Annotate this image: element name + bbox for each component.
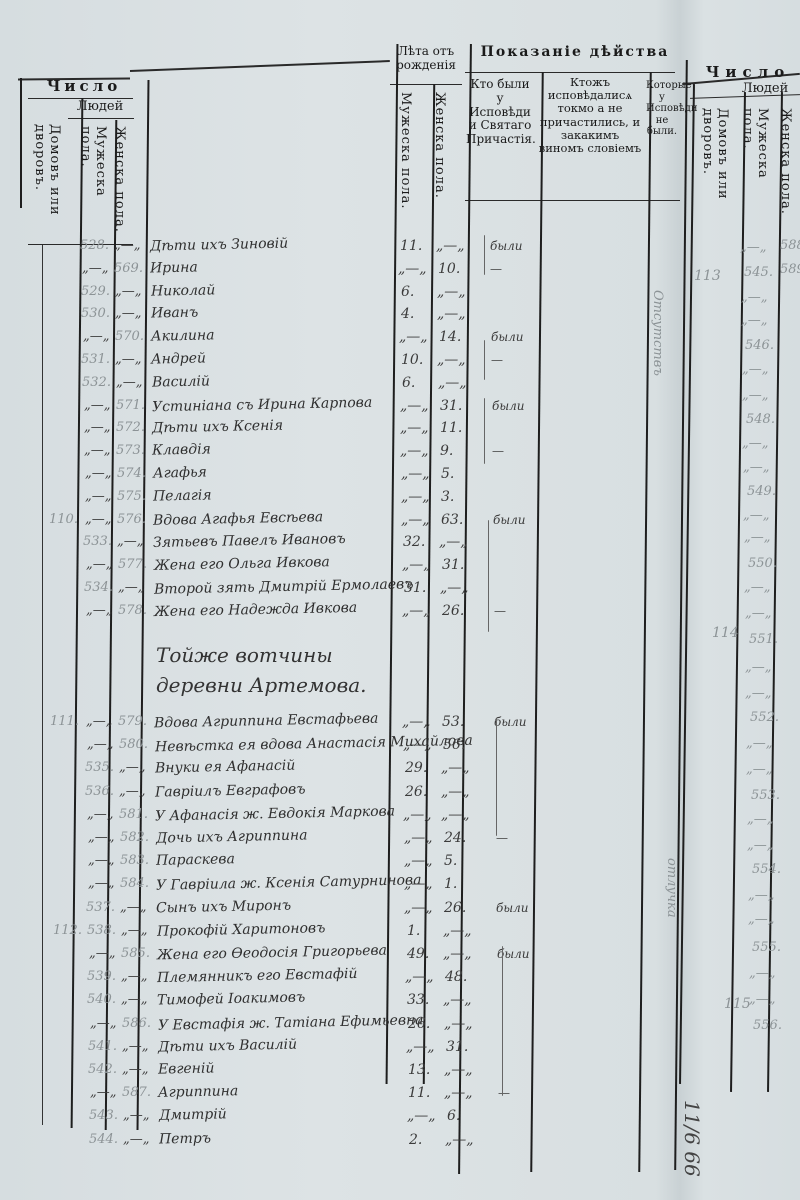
ditto-mark: „—„ bbox=[117, 534, 143, 549]
ditto-mark: „—„ bbox=[119, 784, 145, 799]
ditto-mark: „—„ bbox=[121, 992, 147, 1007]
document-page: Число Людей Домовъ или дворовъ. Мужеска … bbox=[0, 0, 800, 1200]
ditto-mark: „—„ bbox=[89, 946, 115, 961]
age-female: 26. bbox=[442, 603, 464, 619]
person-name: Внуки ея Афанасій bbox=[155, 758, 296, 777]
age-male: 26. bbox=[408, 1016, 430, 1032]
age-female: 6. bbox=[447, 1108, 460, 1124]
age-male: 10. bbox=[401, 352, 423, 368]
ditto-mark: „—„ bbox=[402, 603, 431, 619]
ditto-mark: „—„ bbox=[86, 714, 112, 729]
ditto-mark: „—„ bbox=[400, 420, 429, 436]
person-name: Агафья bbox=[153, 464, 207, 481]
right-male-number: 551. bbox=[749, 632, 778, 647]
female-number: 577. bbox=[118, 557, 147, 572]
age-female: 10. bbox=[438, 261, 460, 277]
ditto-mark: „—„ bbox=[115, 306, 141, 321]
age-female: 24. bbox=[444, 830, 466, 846]
age-female: 56. bbox=[443, 737, 465, 753]
margin-note-vertical-1: Отсутствъ bbox=[650, 290, 665, 376]
person-name: Дочь ихъ Агриппина bbox=[156, 827, 308, 846]
ditto-mark: „—„ bbox=[441, 807, 470, 823]
margin-note-vertical-2: отлучка bbox=[664, 858, 679, 918]
ditto-mark: „—„ bbox=[741, 313, 767, 328]
male-number: 534. bbox=[84, 580, 113, 595]
age-female: 14. bbox=[439, 329, 461, 345]
ditto-mark: „—„ bbox=[443, 923, 472, 939]
male-number: 537. bbox=[86, 900, 115, 915]
right-male-number: 548. bbox=[746, 412, 775, 427]
age-male: 29. bbox=[405, 760, 427, 776]
age-female: 31. bbox=[442, 557, 464, 573]
male-number: 538. bbox=[87, 923, 116, 938]
female-number: 572. bbox=[116, 420, 145, 435]
ditto-mark: „—„ bbox=[400, 443, 429, 459]
ditto-mark: „—„ bbox=[114, 238, 140, 253]
right-household-113: 113 bbox=[694, 268, 721, 284]
person-name: Зятьевъ Павелъ Ивановъ bbox=[153, 531, 346, 551]
male-number: 543. bbox=[89, 1108, 118, 1123]
ditto-mark: „—„ bbox=[444, 1085, 473, 1101]
person-name: Иванъ bbox=[151, 305, 199, 322]
ditto-mark: „—„ bbox=[120, 900, 146, 915]
ditto-mark: „—„ bbox=[747, 812, 773, 827]
female-number: 581. bbox=[119, 807, 148, 822]
ditto-mark: „—„ bbox=[436, 238, 465, 254]
male-number: 528. bbox=[80, 238, 109, 253]
right-male-number: 554. bbox=[752, 862, 781, 877]
person-name: Дѣти ихъ Зиновій bbox=[150, 236, 289, 255]
confession-mark: были bbox=[494, 715, 526, 729]
age-female: 5. bbox=[444, 853, 457, 869]
ditto-mark: „—„ bbox=[741, 290, 767, 305]
section-heading: Тойже вотчины деревни Артемова. bbox=[156, 640, 386, 700]
male-number: 530. bbox=[81, 306, 110, 321]
person-name: Клавдія bbox=[152, 442, 211, 459]
ditto-mark: „—„ bbox=[746, 762, 772, 777]
male-number: 540. bbox=[87, 992, 116, 1007]
age-male: 1. bbox=[407, 923, 420, 939]
right-household-115: 115 bbox=[724, 996, 751, 1012]
ditto-mark: „—„ bbox=[121, 923, 147, 938]
right-male-number: 546. bbox=[745, 338, 774, 353]
ditto-mark: „—„ bbox=[115, 352, 141, 367]
col-households-header: Домовъ или дворовъ. bbox=[32, 124, 62, 234]
ditto-mark: „—„ bbox=[404, 876, 433, 892]
person-name: У Афанасія ж. Евдокія Маркова bbox=[155, 803, 395, 824]
ditto-mark: „—„ bbox=[85, 512, 111, 527]
right-male-number: 553. bbox=[751, 788, 780, 803]
age-male-header: Мужеска пола. bbox=[398, 92, 413, 212]
female-number: 580. bbox=[119, 737, 148, 752]
age-male: 49. bbox=[407, 946, 429, 962]
ditto-mark: „—„ bbox=[87, 807, 113, 822]
confession-brace bbox=[496, 718, 497, 836]
person-name: Евгеній bbox=[158, 1060, 215, 1077]
male-number: 544. bbox=[89, 1132, 118, 1147]
ditto-mark: „—„ bbox=[123, 1132, 149, 1147]
right-male-number: 549. bbox=[747, 484, 776, 499]
age-female: 48. bbox=[445, 969, 467, 985]
female-number: 570. bbox=[115, 329, 144, 344]
ditto-mark: „—„ bbox=[400, 398, 429, 414]
rule-households bbox=[42, 245, 43, 1125]
ditto-mark: „—„ bbox=[83, 329, 109, 344]
ditto-mark: „—„ bbox=[86, 603, 112, 618]
ditto-mark: „—„ bbox=[403, 807, 432, 823]
right-col-households-header: Домовъ или дворовъ. bbox=[700, 108, 730, 218]
female-number: 571. bbox=[116, 398, 145, 413]
ditto-mark: „—„ bbox=[443, 992, 472, 1008]
person-name: У Евстафія ж. Татіана Ефимьевна bbox=[158, 1012, 424, 1034]
age-female: 3. bbox=[441, 489, 454, 505]
age-male: 4. bbox=[401, 306, 414, 322]
female-number: 586. bbox=[122, 1016, 151, 1031]
age-male: 26. bbox=[405, 784, 427, 800]
left-people-rule bbox=[68, 118, 134, 119]
age-female: 5. bbox=[441, 466, 454, 482]
ditto-mark: „—„ bbox=[746, 736, 772, 751]
person-name: Сынъ ихъ Миронъ bbox=[156, 897, 291, 916]
ditto-mark: „—„ bbox=[404, 830, 433, 846]
ditto-mark: „—„ bbox=[745, 686, 771, 701]
female-number: 576. bbox=[117, 512, 146, 527]
age-male: 11. bbox=[408, 1085, 430, 1101]
person-name: Дѣти ихъ Василій bbox=[158, 1036, 297, 1055]
female-number: 573. bbox=[116, 443, 145, 458]
person-name: Ирина bbox=[150, 259, 198, 276]
female-number: 578. bbox=[118, 603, 147, 618]
status-title-rule bbox=[465, 72, 675, 73]
male-number: 536. bbox=[85, 784, 114, 799]
ditto-mark: „—„ bbox=[398, 261, 427, 277]
ditto-mark: „—„ bbox=[404, 900, 433, 916]
ditto-mark: „—„ bbox=[742, 436, 768, 451]
confession-mark: были bbox=[493, 513, 525, 527]
ditto-mark: „—„ bbox=[115, 284, 141, 299]
age-male: 33. bbox=[407, 992, 429, 1008]
person-name: Жена его Ѳеодосія Григорьева bbox=[157, 943, 387, 964]
male-number: 542. bbox=[88, 1062, 117, 1077]
ditto-mark: „—„ bbox=[122, 1062, 148, 1077]
ditto-mark: „—„ bbox=[116, 375, 142, 390]
ditto-mark: „—„ bbox=[121, 969, 147, 984]
female-number: 582. bbox=[120, 830, 149, 845]
person-name: Второй зять Дмитрій Ермолаевъ bbox=[154, 576, 414, 597]
confession-mark: — bbox=[498, 1086, 510, 1100]
female-number: 585. bbox=[121, 946, 150, 961]
person-name: Устиніана съ Ирина Карпова bbox=[152, 394, 373, 415]
ditto-mark: „—„ bbox=[119, 760, 145, 775]
age-female: 31. bbox=[440, 398, 462, 414]
ditto-mark: „—„ bbox=[749, 966, 775, 981]
person-name: Дѣти ихъ Ксенія bbox=[152, 418, 283, 437]
ditto-mark: „—„ bbox=[85, 466, 111, 481]
ditto-mark: „—„ bbox=[401, 466, 430, 482]
age-male: 6. bbox=[401, 284, 414, 300]
age-male: 13. bbox=[408, 1062, 430, 1078]
ditto-mark: „—„ bbox=[399, 329, 428, 345]
age-female: 11. bbox=[440, 420, 462, 436]
right-male-number: 552. bbox=[750, 710, 779, 725]
ditto-mark: „—„ bbox=[747, 838, 773, 853]
ditto-mark: „—„ bbox=[740, 240, 766, 255]
ditto-mark: „—„ bbox=[86, 557, 112, 572]
ditto-mark: „—„ bbox=[743, 460, 769, 475]
person-name: Николай bbox=[151, 282, 216, 299]
header-top-rule-mid bbox=[130, 60, 390, 72]
ditto-mark: „—„ bbox=[84, 443, 110, 458]
confession-brace bbox=[488, 520, 489, 632]
confession-mark: — bbox=[496, 831, 508, 845]
female-number: 587. bbox=[122, 1085, 151, 1100]
ditto-mark: „—„ bbox=[444, 1062, 473, 1078]
right-people-subtitle: Людей bbox=[730, 82, 800, 97]
male-number: 539. bbox=[87, 969, 116, 984]
left-people-subtitle: Людей bbox=[70, 100, 130, 115]
age-female: 9. bbox=[440, 443, 453, 459]
ditto-mark: „—„ bbox=[90, 1016, 116, 1031]
age-male: 32. bbox=[403, 534, 425, 550]
age-male: 6. bbox=[402, 375, 415, 391]
ditto-mark: „—„ bbox=[745, 660, 771, 675]
person-name: Вдова Агафья Евсѣева bbox=[153, 509, 324, 529]
ditto-mark: „—„ bbox=[118, 580, 144, 595]
household-number: 112. bbox=[53, 923, 82, 938]
age-male: 31. bbox=[404, 580, 426, 596]
ditto-mark: „—„ bbox=[742, 362, 768, 377]
household-number: 110. bbox=[49, 512, 78, 527]
male-number: 541. bbox=[88, 1039, 117, 1054]
person-name: Вдова Агриппина Евстафьева bbox=[154, 711, 379, 732]
confession-brace bbox=[484, 398, 485, 464]
person-name: Жена его Ольга Ивкова bbox=[154, 554, 330, 574]
ditto-mark: „—„ bbox=[440, 580, 469, 596]
ditto-mark: „—„ bbox=[749, 992, 775, 1007]
rule-age-left bbox=[386, 44, 399, 1084]
person-name: Пелагія bbox=[153, 487, 212, 504]
margin-note-bottom-right: 11/6 66 bbox=[680, 1100, 704, 1177]
person-name: Параскева bbox=[156, 851, 235, 869]
right-male-number: 555. bbox=[752, 940, 781, 955]
ditto-mark: „—„ bbox=[438, 375, 467, 391]
confession-mark: — bbox=[494, 604, 506, 618]
person-name: Андрей bbox=[151, 350, 206, 367]
status-block-title: Показаніе дѣйства bbox=[470, 44, 680, 60]
ditto-mark: „—„ bbox=[88, 830, 114, 845]
right-male-number: 556. bbox=[753, 1018, 782, 1033]
age-title-rule bbox=[390, 84, 462, 85]
ditto-mark: „—„ bbox=[441, 784, 470, 800]
person-name: Акилина bbox=[151, 328, 215, 345]
ditto-mark: „—„ bbox=[406, 1039, 435, 1055]
person-name: У Гавріила ж. Ксенія Сатурнинова bbox=[156, 873, 422, 895]
confession-mark: были bbox=[491, 330, 523, 344]
confession-mark: были bbox=[492, 399, 524, 413]
ditto-mark: „—„ bbox=[84, 420, 110, 435]
ditto-mark: „—„ bbox=[748, 912, 774, 927]
person-name: Тимофей Іоакимовъ bbox=[157, 990, 306, 1009]
confession-mark: — bbox=[491, 353, 503, 367]
ditto-mark: „—„ bbox=[445, 1132, 474, 1148]
status-col2-header: Ктожъ исповѣдалисѧ токмо а не причастили… bbox=[538, 76, 642, 155]
ditto-mark: „—„ bbox=[401, 489, 430, 505]
person-name: Жена его Надежда Ивкова bbox=[154, 600, 358, 620]
ditto-mark: „—„ bbox=[439, 534, 468, 550]
right-male-number: 550. bbox=[748, 556, 777, 571]
ditto-mark: „—„ bbox=[405, 969, 434, 985]
age-female: 53. bbox=[442, 714, 464, 730]
male-number: 529. bbox=[81, 284, 110, 299]
age-female: 26. bbox=[444, 900, 466, 916]
female-number: 584. bbox=[120, 876, 149, 891]
ditto-mark: „—„ bbox=[743, 508, 769, 523]
female-number: 579. bbox=[118, 714, 147, 729]
person-name: Петръ bbox=[159, 1130, 211, 1147]
person-name: Агриппина bbox=[158, 1083, 239, 1101]
ditto-mark: „—„ bbox=[84, 398, 110, 413]
confession-mark: — bbox=[490, 262, 502, 276]
ditto-mark: „—„ bbox=[401, 512, 430, 528]
person-name: Племянникъ его Евстафій bbox=[157, 966, 358, 986]
male-number: 532. bbox=[82, 375, 111, 390]
ditto-mark: „—„ bbox=[437, 352, 466, 368]
ditto-mark: „—„ bbox=[88, 853, 114, 868]
female-number: 569. bbox=[114, 261, 143, 276]
age-female: 1. bbox=[444, 876, 457, 892]
right-number-title: Число bbox=[696, 64, 800, 81]
ditto-mark: „—„ bbox=[88, 876, 114, 891]
female-number: 574. bbox=[117, 466, 146, 481]
confession-mark: — bbox=[492, 444, 504, 458]
right-female-number: 589. bbox=[780, 262, 800, 277]
age-male: 2. bbox=[409, 1132, 422, 1148]
person-name: Прокофій Харитоновъ bbox=[157, 920, 326, 940]
female-number: 583. bbox=[120, 853, 149, 868]
rule-status-1 bbox=[530, 72, 544, 1172]
right-household-114: 114 bbox=[712, 625, 739, 641]
confession-mark: были bbox=[496, 901, 528, 915]
ditto-mark: „—„ bbox=[443, 946, 472, 962]
ditto-mark: „—„ bbox=[745, 606, 771, 621]
age-female: 31. bbox=[446, 1039, 468, 1055]
right-female-number: 588. bbox=[780, 238, 800, 253]
male-number: 535. bbox=[85, 760, 114, 775]
person-name: Дмитрій bbox=[159, 1107, 227, 1124]
ditto-mark: „—„ bbox=[87, 737, 113, 752]
ditto-mark: „—„ bbox=[744, 580, 770, 595]
male-number: 531. bbox=[81, 352, 110, 367]
ditto-mark: „—„ bbox=[122, 1039, 148, 1054]
ditto-mark: „—„ bbox=[90, 1085, 116, 1100]
ditto-mark: „—„ bbox=[402, 557, 431, 573]
right-male-number: 545. bbox=[744, 265, 773, 280]
ditto-mark: „—„ bbox=[744, 530, 770, 545]
rule-left-edge bbox=[20, 78, 22, 208]
ditto-mark: „—„ bbox=[441, 760, 470, 776]
person-name: Василій bbox=[152, 373, 210, 390]
rule-status-2 bbox=[638, 72, 652, 1172]
male-number: 533. bbox=[83, 534, 112, 549]
ditto-mark: „—„ bbox=[407, 1108, 436, 1124]
ditto-mark: „—„ bbox=[742, 388, 768, 403]
ditto-mark: „—„ bbox=[123, 1108, 149, 1123]
left-number-title: Число bbox=[34, 78, 134, 95]
confession-brace bbox=[484, 235, 485, 275]
age-male: 11. bbox=[400, 238, 422, 254]
ditto-mark: „—„ bbox=[404, 853, 433, 869]
age-block-title: Лѣта отъ рожденія bbox=[391, 45, 461, 73]
age-female: 63. bbox=[441, 512, 463, 528]
ditto-mark: „—„ bbox=[748, 888, 774, 903]
ditto-mark: „—„ bbox=[403, 737, 432, 753]
ditto-mark: „—„ bbox=[402, 714, 431, 730]
ditto-mark: „—„ bbox=[82, 261, 108, 276]
household-number: 111. bbox=[50, 714, 79, 729]
person-name: Гавріилъ Евграфовъ bbox=[155, 781, 306, 800]
confession-brace bbox=[484, 340, 485, 380]
status-col1-header: Кто были у Исповѣди и Святаго Причастія. bbox=[466, 78, 534, 147]
confession-mark: были bbox=[490, 239, 522, 253]
female-number: 575. bbox=[117, 489, 146, 504]
ditto-mark: „—„ bbox=[437, 284, 466, 300]
ditto-mark: „—„ bbox=[437, 306, 466, 322]
ditto-mark: „—„ bbox=[444, 1016, 473, 1032]
confession-brace bbox=[502, 946, 503, 1096]
ditto-mark: „—„ bbox=[85, 489, 111, 504]
